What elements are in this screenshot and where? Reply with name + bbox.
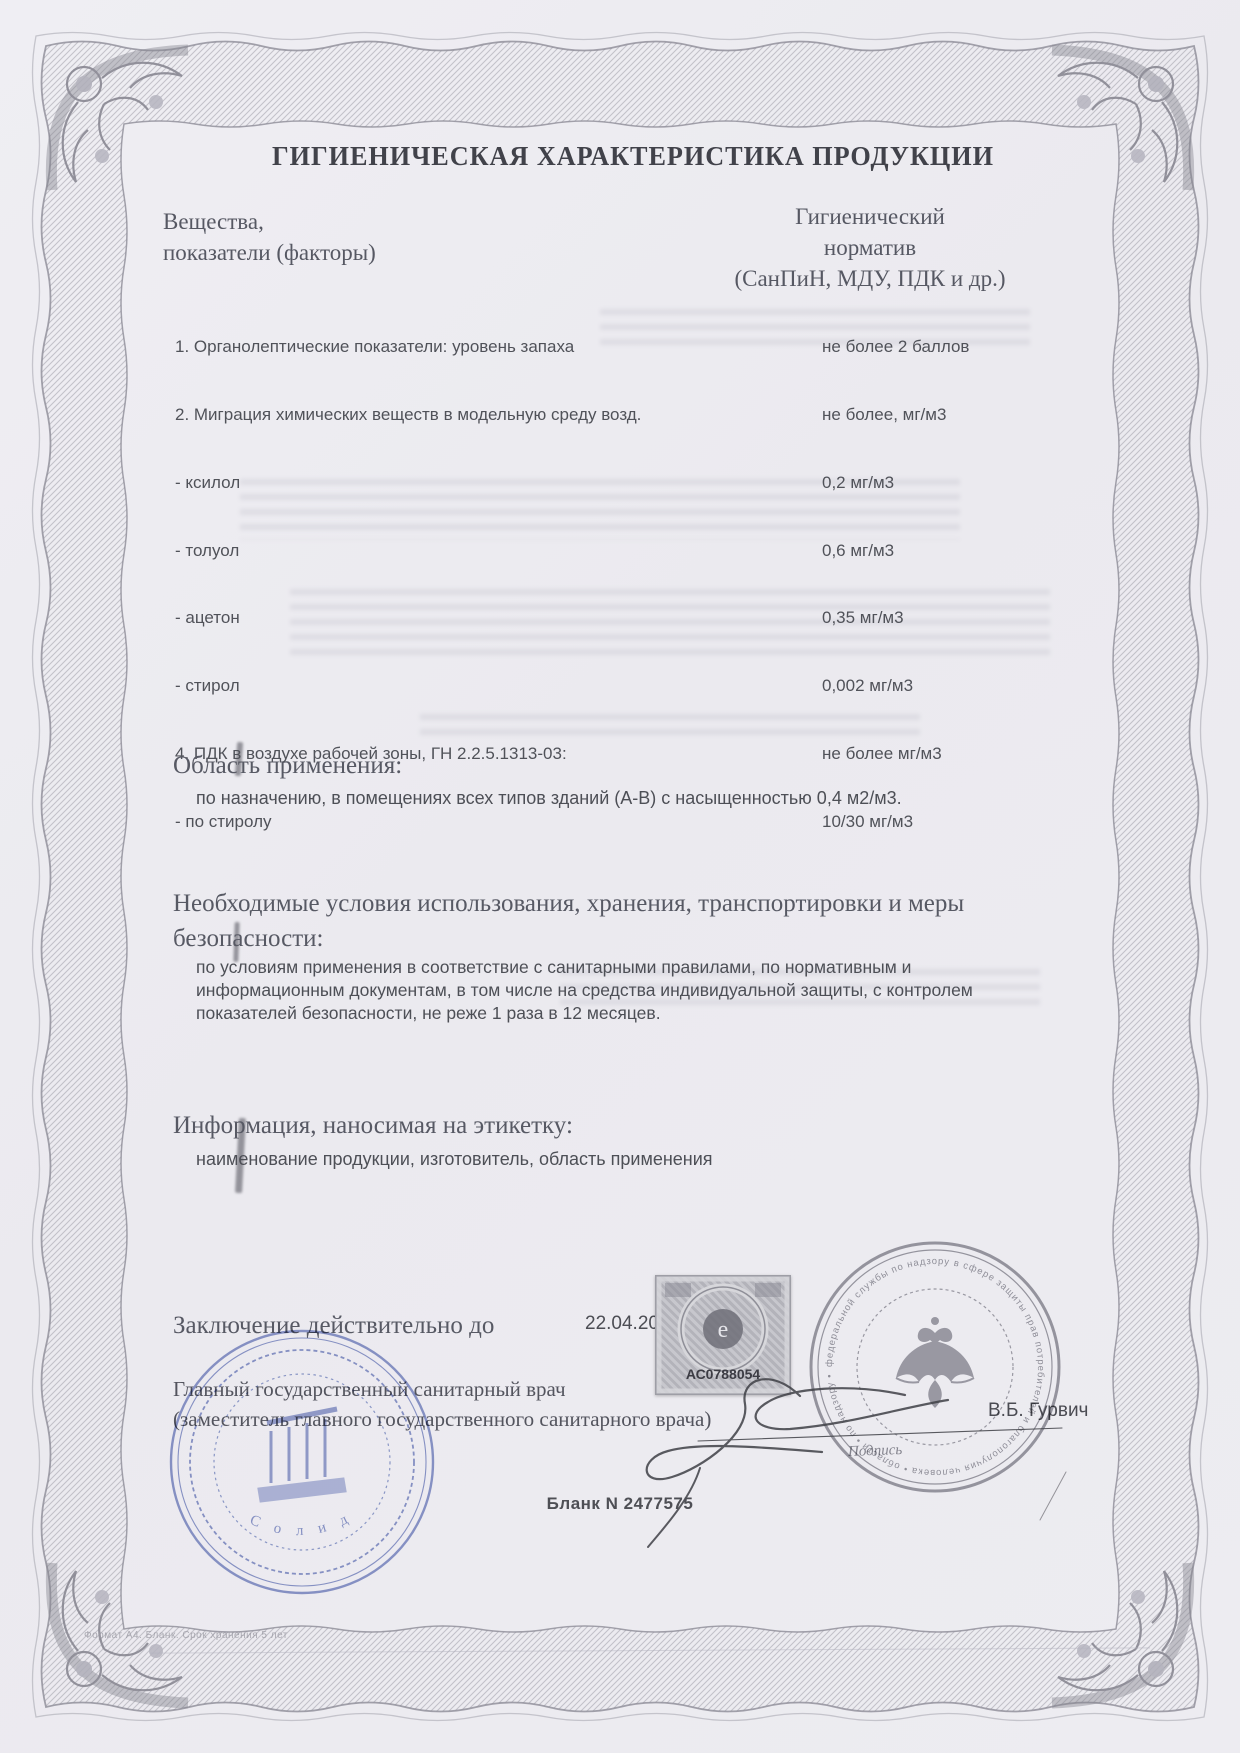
signature-ink [0,0,1240,1753]
certificate-page: ГИГИЕНИЧЕСКАЯ ХАРАКТЕРИСТИКА ПРОДУКЦИИ В… [0,0,1240,1753]
form-fine-print: Формат А4. Бланк. Срок хранения 5 лет [84,1630,288,1641]
blank-number: Бланк N 2477575 [0,1494,1240,1514]
